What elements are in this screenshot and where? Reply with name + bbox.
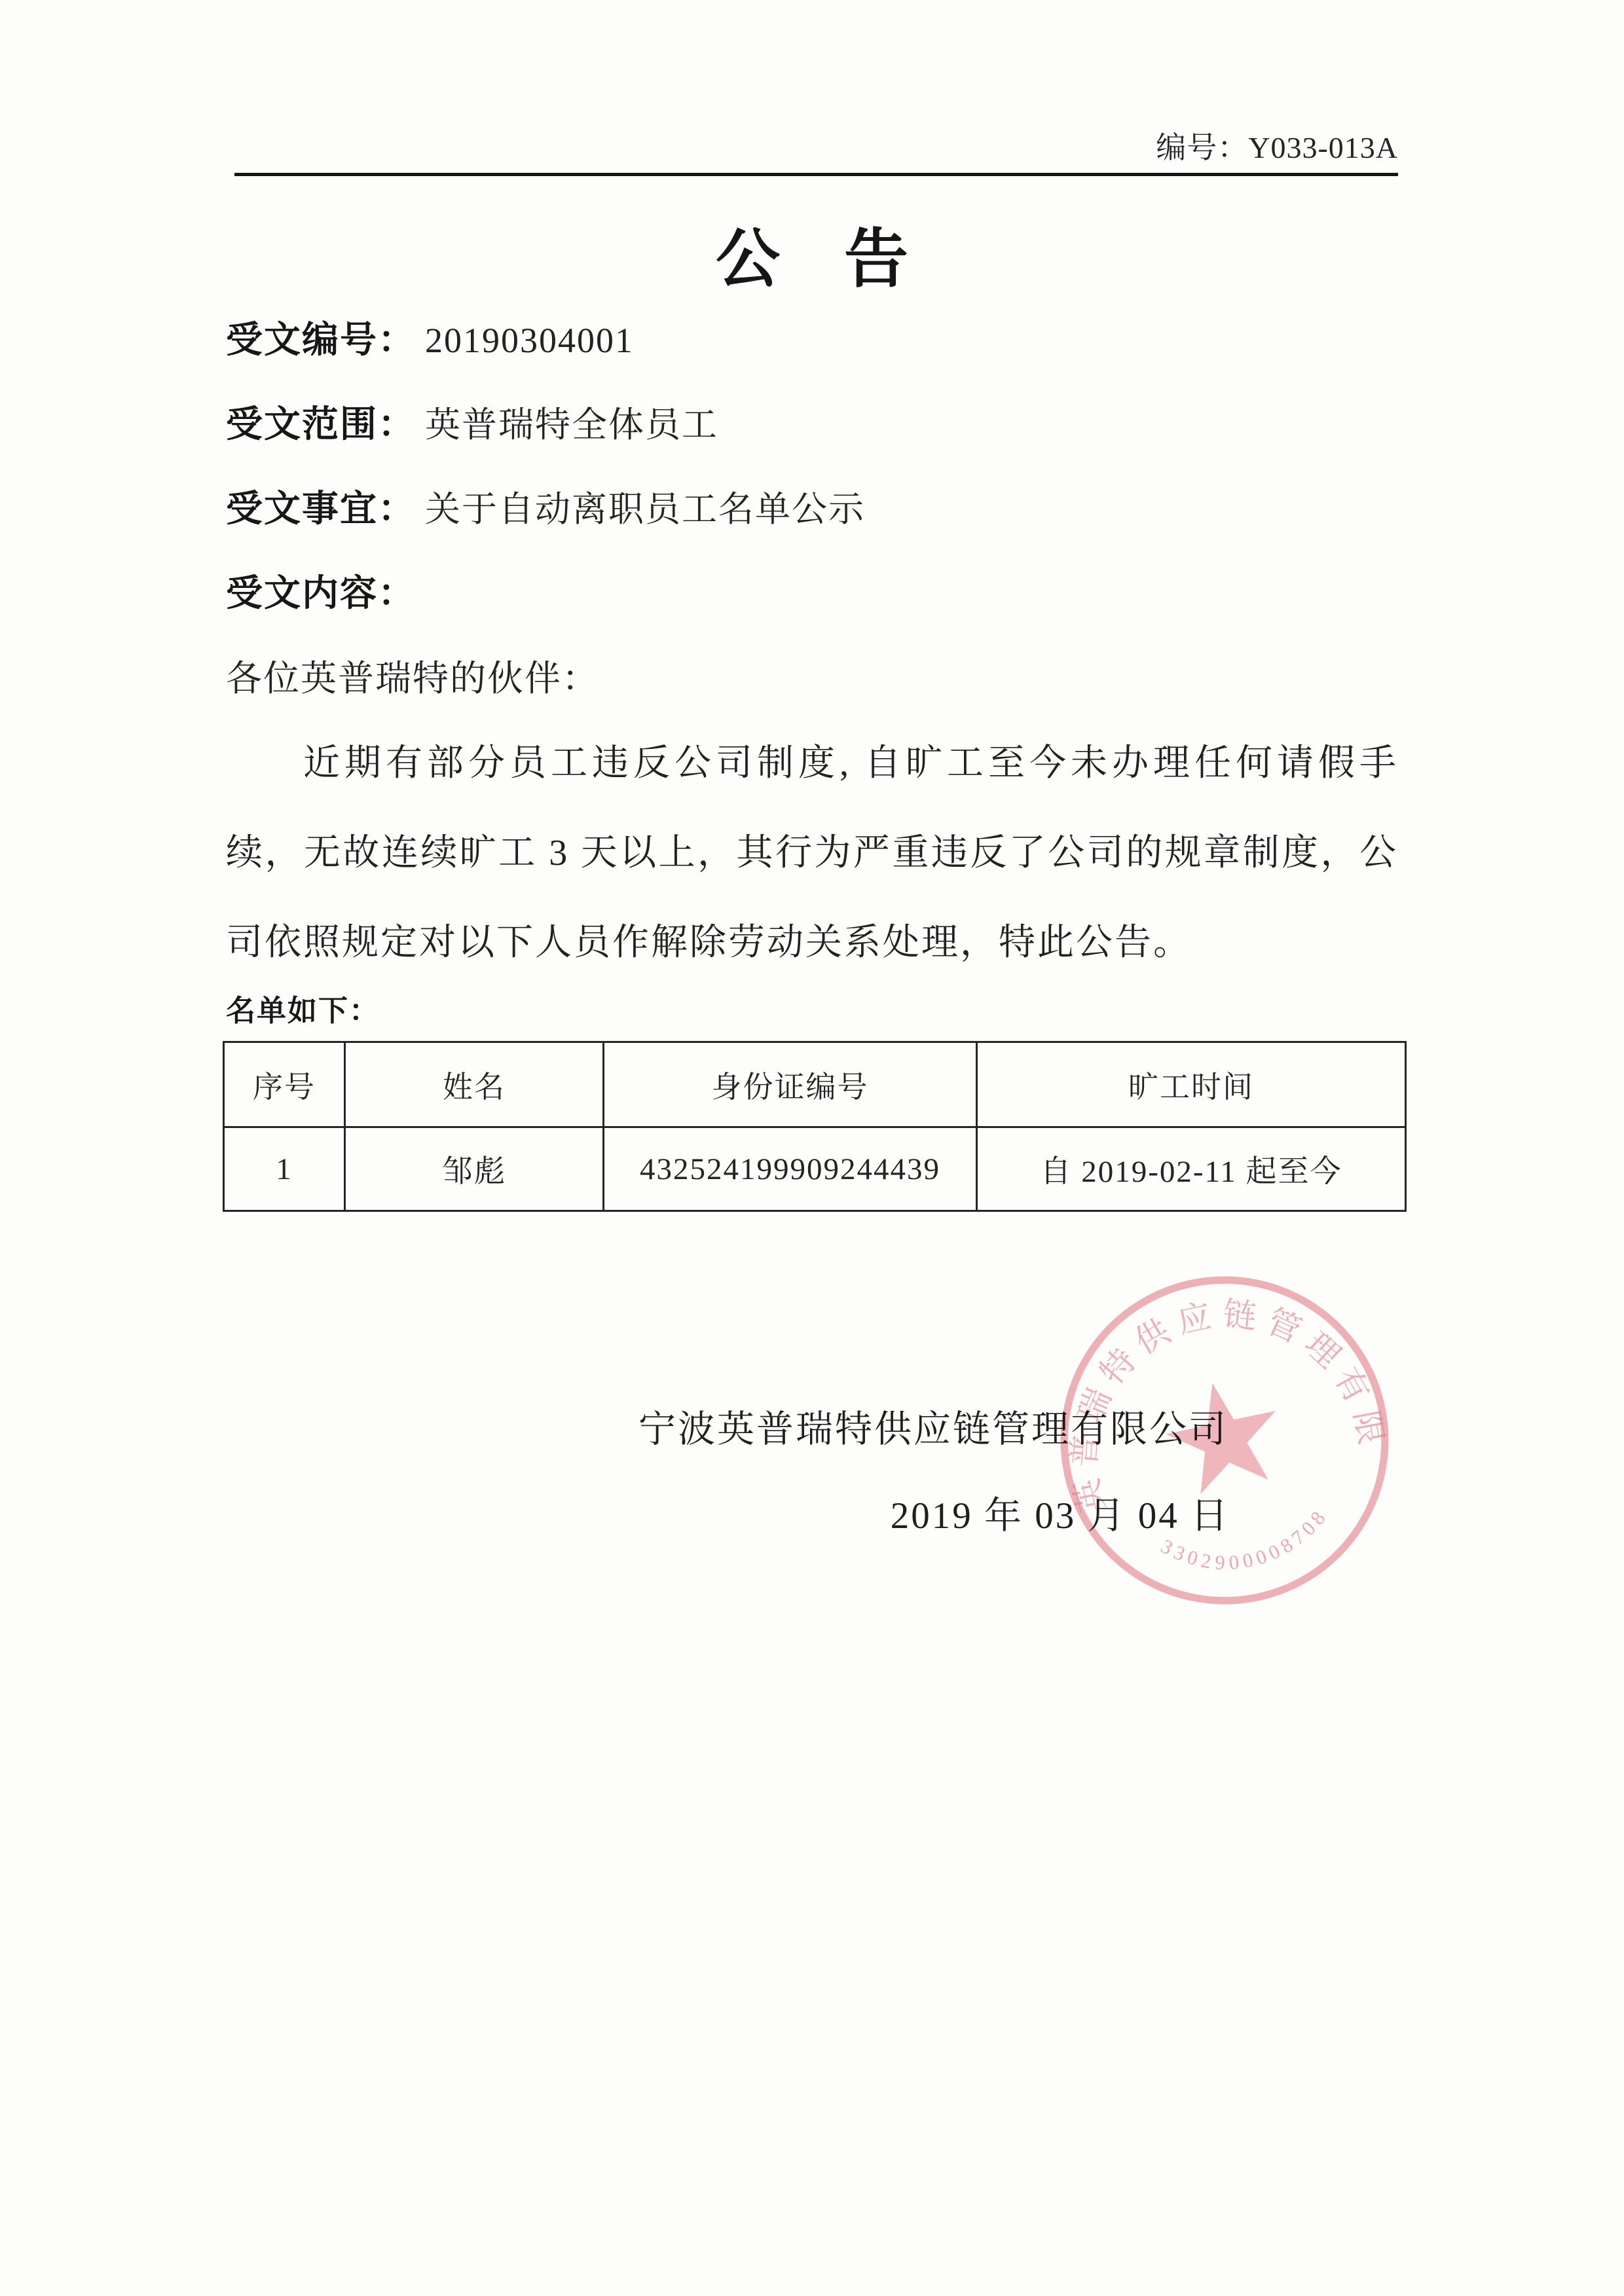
meta-value: 20190304001	[425, 321, 634, 360]
meta-row-subject: 受文事宜：关于自动离职员工名单公示	[226, 487, 1401, 532]
doc-number-label: 编号：	[1156, 131, 1248, 164]
header-seq: 序号	[224, 1042, 345, 1127]
doc-number-line: 编号：Y033-013A	[226, 130, 1398, 166]
header-name: 姓名	[345, 1042, 604, 1127]
cell-name: 邹彪	[345, 1127, 604, 1211]
salutation: 各位英普瑞特的伙伴：	[226, 656, 599, 702]
doc-number-value: Y033-013A	[1248, 131, 1398, 164]
header-rule	[234, 173, 1398, 176]
seal-company-arc-text: 宁波英普瑞特供应链管理有限公司	[1027, 1243, 1392, 1522]
cell-absence-period: 自 2019-02-11 起至今	[977, 1127, 1406, 1211]
meta-value: 关于自动离职员工名单公示	[425, 490, 865, 529]
meta-row-scope: 受文范围：英普瑞特全体员工	[226, 403, 1401, 447]
body-line: 续，无故连续旷工 3 天以上，其行为严重违反了公司的规章制度，公	[226, 829, 1398, 877]
cell-id-number: 432524199909244439	[604, 1127, 977, 1211]
meta-label: 受文范围：	[226, 405, 416, 445]
cell-seq: 1	[224, 1127, 345, 1211]
meta-label: 受文编号：	[226, 320, 416, 361]
meta-label: 受文事宜：	[226, 489, 416, 530]
header-id-number: 身份证编号	[604, 1042, 977, 1127]
page-title: 公 告	[0, 224, 1624, 296]
signature-date: 2019 年 03 月 04 日	[226, 1493, 1401, 1540]
meta-value: 英普瑞特全体员工	[425, 405, 718, 445]
body-paragraph: 近期有部分员工违反公司制度, 自旷工至今未办理任何请假手 续，无故连续旷工 3 …	[226, 740, 1398, 1009]
signature-company: 宁波英普瑞特供应链管理有限公司	[226, 1406, 1401, 1453]
table-header-row: 序号 姓名 身份证编号 旷工时间	[224, 1042, 1406, 1127]
body-line: 近期有部分员工违反公司制度, 自旷工至今未办理任何请假手	[226, 740, 1398, 787]
meta-row-content: 受文内容：	[226, 572, 1401, 616]
meta-label: 受文内容：	[226, 574, 416, 614]
table-row: 1 邹彪 432524199909244439 自 2019-02-11 起至今	[224, 1127, 1406, 1211]
header-absence-period: 旷工时间	[977, 1042, 1406, 1127]
meta-row-doc-id: 受文编号：20190304001	[226, 318, 1401, 363]
list-intro: 名单如下：	[226, 993, 380, 1029]
announcement-page: 编号：Y033-013A 公 告 受文编号：20190304001 受文范围：英…	[0, 0, 1624, 2296]
body-line: 司依照规定对以下人员作解除劳动关系处理，特此公告。	[226, 919, 1398, 966]
dismissed-employee-table: 序号 姓名 身份证编号 旷工时间 1 邹彪 432524199909244439…	[223, 1041, 1407, 1212]
meta-block: 受文编号：20190304001 受文范围：英普瑞特全体员工 受文事宜：关于自动…	[226, 318, 1401, 656]
